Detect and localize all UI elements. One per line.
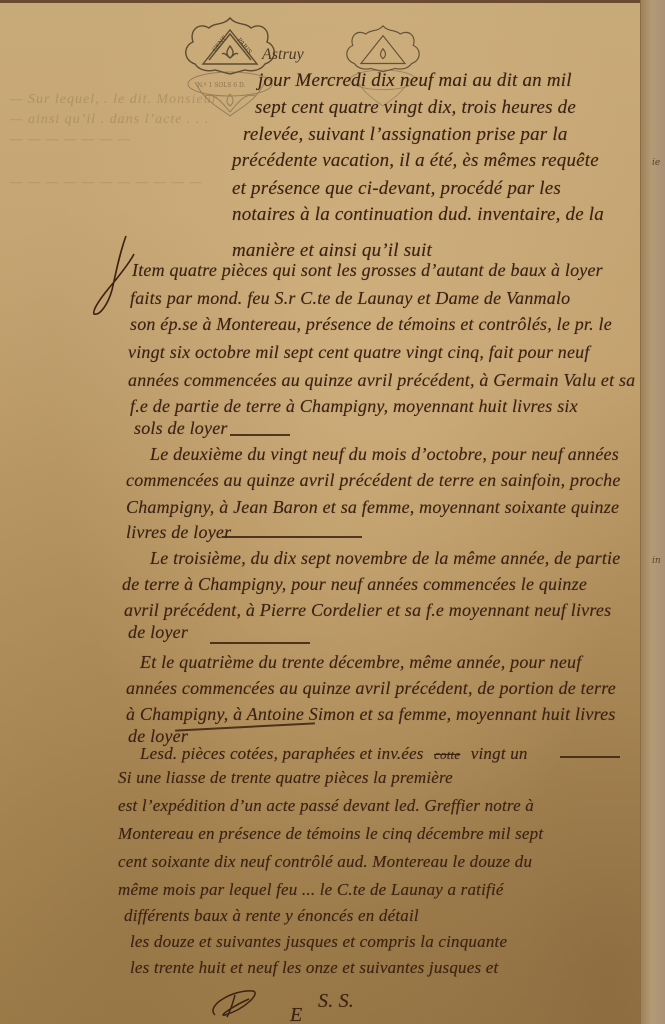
manuscript-line: vingt six octobre mil sept cent quatre v… <box>128 342 590 363</box>
closing-cote: vingt un <box>471 744 528 763</box>
stamp-paraph: Astruy <box>262 46 304 64</box>
manuscript-line: avril précédent, à Pierre Cordelier et s… <box>124 600 611 621</box>
manuscript-line: Et le quatrième du trente décembre, même… <box>140 652 581 673</box>
manuscript-line: Item quatre pièces qui sont les grosses … <box>132 260 603 281</box>
svg-text:GENE: GENE <box>211 34 228 53</box>
notary-paraph-signature-icon <box>205 985 265 1021</box>
manuscript-line: même mois par lequel feu ... le C.te de … <box>118 880 504 900</box>
signature-initials: S. S. <box>318 990 354 1013</box>
manuscript-line: relevée, suivant l’assignation prise par… <box>243 124 568 146</box>
manuscript-line: précédente vacation, il a été, ès mêmes … <box>232 150 599 172</box>
manuscript-line: cent soixante dix neuf contrôlé aud. Mon… <box>118 852 532 872</box>
bleed-through-text: — — — — — — — — — — — <box>10 175 203 191</box>
manuscript-line: manière et ainsi qu’il suit <box>232 240 432 262</box>
manuscript-line: les douze et suivantes jusques et compri… <box>130 932 507 952</box>
line-filler-stroke <box>230 434 290 436</box>
page-top-border <box>0 0 665 3</box>
manuscript-line: commencées au quinze avril précédent de … <box>126 470 621 491</box>
closing-text: Lesd. pièces cotées, paraphées et inv.ée… <box>140 744 424 763</box>
manuscript-line: Le deuxième du vingt neuf du mois d’octo… <box>150 444 619 465</box>
manuscript-line: les trente huit et neuf les onze et suiv… <box>130 958 498 978</box>
svg-text:PARIS: PARIS <box>235 37 252 56</box>
closing-inserted-word: cotte <box>434 747 460 762</box>
manuscript-line: Montereau en présence de témoins le cinq… <box>118 824 543 844</box>
page-edge-next-leaf <box>640 0 665 1024</box>
manuscript-line: est l’expédition d’un acte passé devant … <box>118 796 534 816</box>
margin-mark: ie <box>652 158 660 168</box>
manuscript-line: et présence que ci-devant, procédé par l… <box>232 178 561 200</box>
margin-mark: in <box>652 556 661 566</box>
manuscript-line: à Champigny, à Antoine Simon et sa femme… <box>126 704 616 725</box>
manuscript-line: de loyer <box>128 622 188 643</box>
manuscript-line: livres de loyer <box>126 522 231 543</box>
line-filler-stroke <box>222 536 362 538</box>
manuscript-line: f.e de partie de terre à Champigny, moye… <box>130 396 578 417</box>
closing-line: Lesd. pièces cotées, paraphées et inv.ée… <box>140 744 528 764</box>
line-filler-stroke <box>560 756 620 758</box>
signature-mark: E <box>290 1004 302 1024</box>
manuscript-line: son ép.se à Montereau, présence de témoi… <box>130 314 612 335</box>
manuscript-line: sept cent quatre vingt dix, trois heures… <box>255 97 576 119</box>
svg-text:N.º 1 SOLS 6 D.: N.º 1 SOLS 6 D. <box>197 82 246 89</box>
manuscript-line: jour Mercredi dix neuf mai au dit an mil <box>258 70 572 92</box>
manuscript-line: notaires à la continuation dud. inventai… <box>232 204 604 226</box>
manuscript-line: de terre à Champigny, pour neuf années c… <box>122 574 587 595</box>
manuscript-line: Si une liasse de trente quatre pièces la… <box>118 768 453 788</box>
manuscript-line: faits par mond. feu S.r C.te de Launay e… <box>130 288 570 309</box>
manuscript-line: années commencées au quinze avril précéd… <box>128 370 635 391</box>
manuscript-line: Le troisième, du dix sept novembre de la… <box>150 548 620 569</box>
manuscript-line: différents baux à rente y énoncés en dét… <box>124 906 419 926</box>
manuscript-line: Champigny, à Jean Baron et sa femme, moy… <box>126 497 619 518</box>
bleed-through-text: — — — — — — — <box>10 132 131 148</box>
manuscript-line: années commencées au quinze avril précéd… <box>126 678 616 699</box>
manuscript-line: sols de loyer <box>134 418 228 439</box>
line-filler-stroke <box>210 642 310 644</box>
